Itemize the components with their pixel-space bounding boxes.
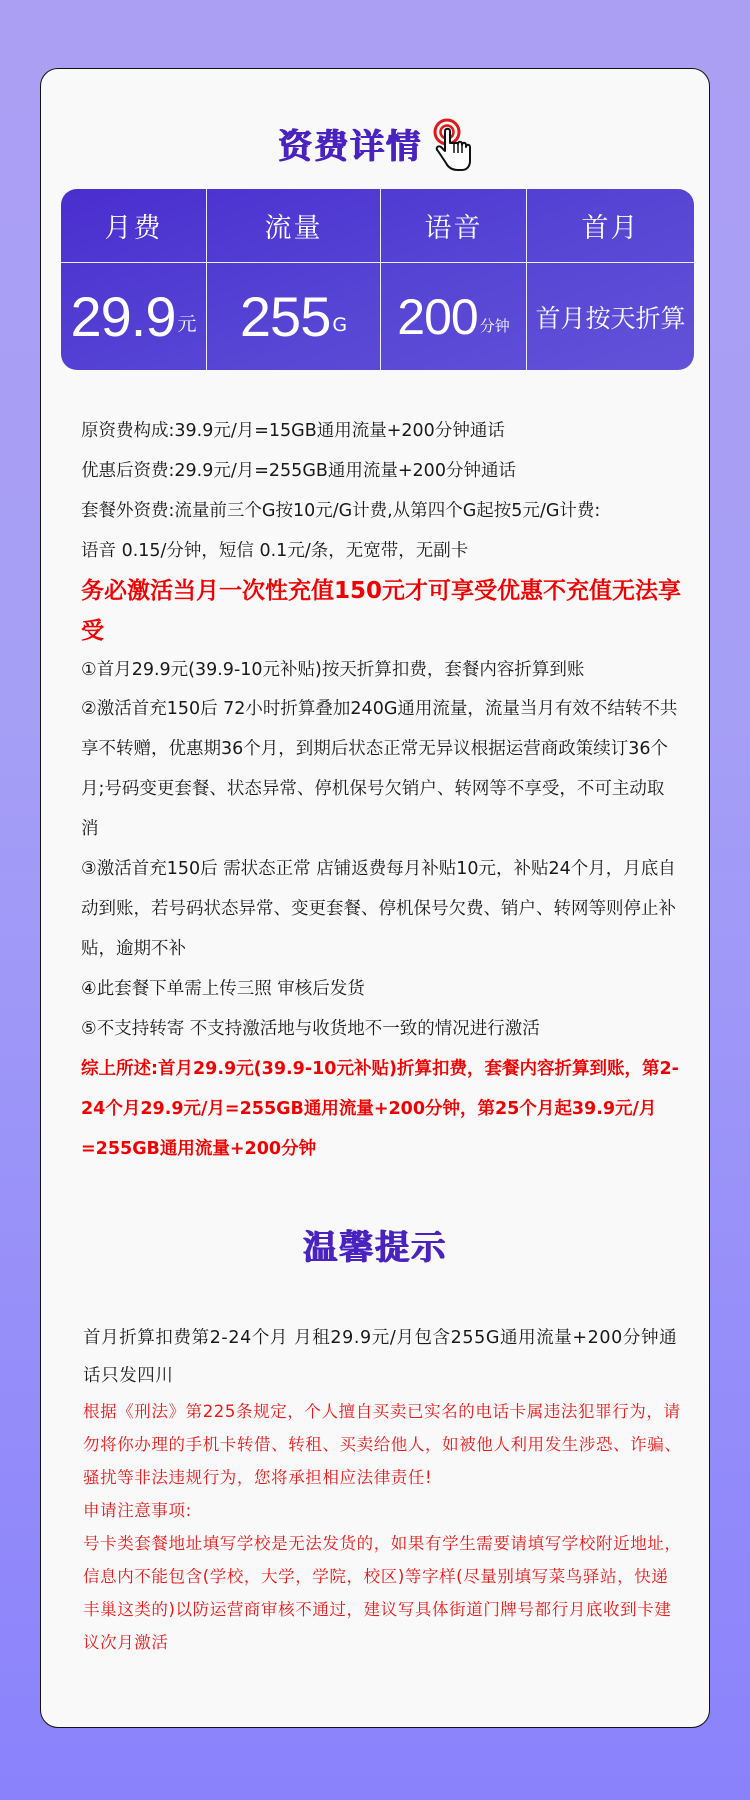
plan-details: 原资费构成:39.9元/月=15GB通用流量+200分钟通话 优惠后资费:29.… xyxy=(81,411,681,1169)
detail-line: 优惠后资费:29.9元/月=255GB通用流量+200分钟通话 xyxy=(81,451,681,491)
summary-text: 综上所述:首月29.9元(39.9-10元补贴)折算扣费，套餐内容折算到账，第2… xyxy=(81,1049,681,1169)
detail-item: ④此套餐下单需上传三照 审核后发货 xyxy=(81,969,681,1009)
monthly-fee-cell: 29.9 元 xyxy=(61,263,207,370)
address-notice: 号卡类套餐地址填写学校是无法发货的，如果有学生需要请填写学校附近地址，信息内不能… xyxy=(83,1527,683,1659)
plan-detail-card: 资费详情 月费 流量 语音 首月 29.9 元 255 G 200 分钟 首月按… xyxy=(40,68,710,1728)
data-value: 255 xyxy=(240,289,330,345)
detail-item: ②激活首充150后 72小时折算叠加240G通用流量，流量当月有效不结转不共享不… xyxy=(81,689,681,849)
detail-line: 原资费构成:39.9元/月=15GB通用流量+200分钟通话 xyxy=(81,411,681,451)
detail-item: ①首月29.9元(39.9-10元补贴)按天折算扣费，套餐内容折算到账 xyxy=(81,651,681,689)
monthly-fee-value: 29.9 xyxy=(70,289,175,345)
legal-notice: 根据《刑法》第225条规定，个人擅自买卖已实名的电话卡属违法犯罪行为，请勿将你办… xyxy=(83,1395,683,1494)
voice-cell: 200 分钟 xyxy=(381,263,527,370)
detail-line: 语音 0.15/分钟，短信 0.1元/条，无宽带，无副卡 xyxy=(81,531,681,571)
detail-item: ⑤不支持转寄 不支持激活地与收货地不一致的情况进行激活 xyxy=(81,1009,681,1049)
header-first-month: 首月 xyxy=(527,189,694,263)
recharge-warning: 务必激活当月一次性充值150元才可享受优惠不充值无法享受 xyxy=(81,571,681,651)
tips-title: 温馨提示 xyxy=(303,1220,447,1269)
detail-item: ③激活首充150后 需状态正常 店铺返费每月补贴10元，补贴24个月，月底自动到… xyxy=(81,849,681,969)
header-voice: 语音 xyxy=(381,189,527,263)
page-title: 资费详情 xyxy=(278,119,422,168)
data-cell: 255 G xyxy=(207,263,381,370)
pointer-hand-tap-icon xyxy=(432,117,472,175)
monthly-fee-unit: 元 xyxy=(177,309,196,336)
section-header: 资费详情 xyxy=(41,113,709,173)
notice-label: 申请注意事项: xyxy=(83,1494,683,1527)
tips-header: 温馨提示 xyxy=(41,1219,709,1269)
header-data: 流量 xyxy=(207,189,381,263)
first-month-cell: 首月按天折算 xyxy=(527,263,694,370)
plan-summary-table: 月费 流量 语音 首月 29.9 元 255 G 200 分钟 首月按天折算 xyxy=(61,189,694,370)
voice-unit: 分钟 xyxy=(480,315,510,336)
tips-content: 首月折算扣费第2-24个月 月租29.9元/月包含255G通用流量+200分钟通… xyxy=(83,1319,683,1659)
data-unit: G xyxy=(332,314,347,336)
detail-line: 套餐外资费:流量前三个G按10元/G计费,从第四个G起按5元/G计费: xyxy=(81,491,681,531)
tips-intro: 首月折算扣费第2-24个月 月租29.9元/月包含255G通用流量+200分钟通… xyxy=(83,1319,683,1395)
header-monthly-fee: 月费 xyxy=(61,189,207,263)
voice-value: 200 xyxy=(397,292,477,342)
